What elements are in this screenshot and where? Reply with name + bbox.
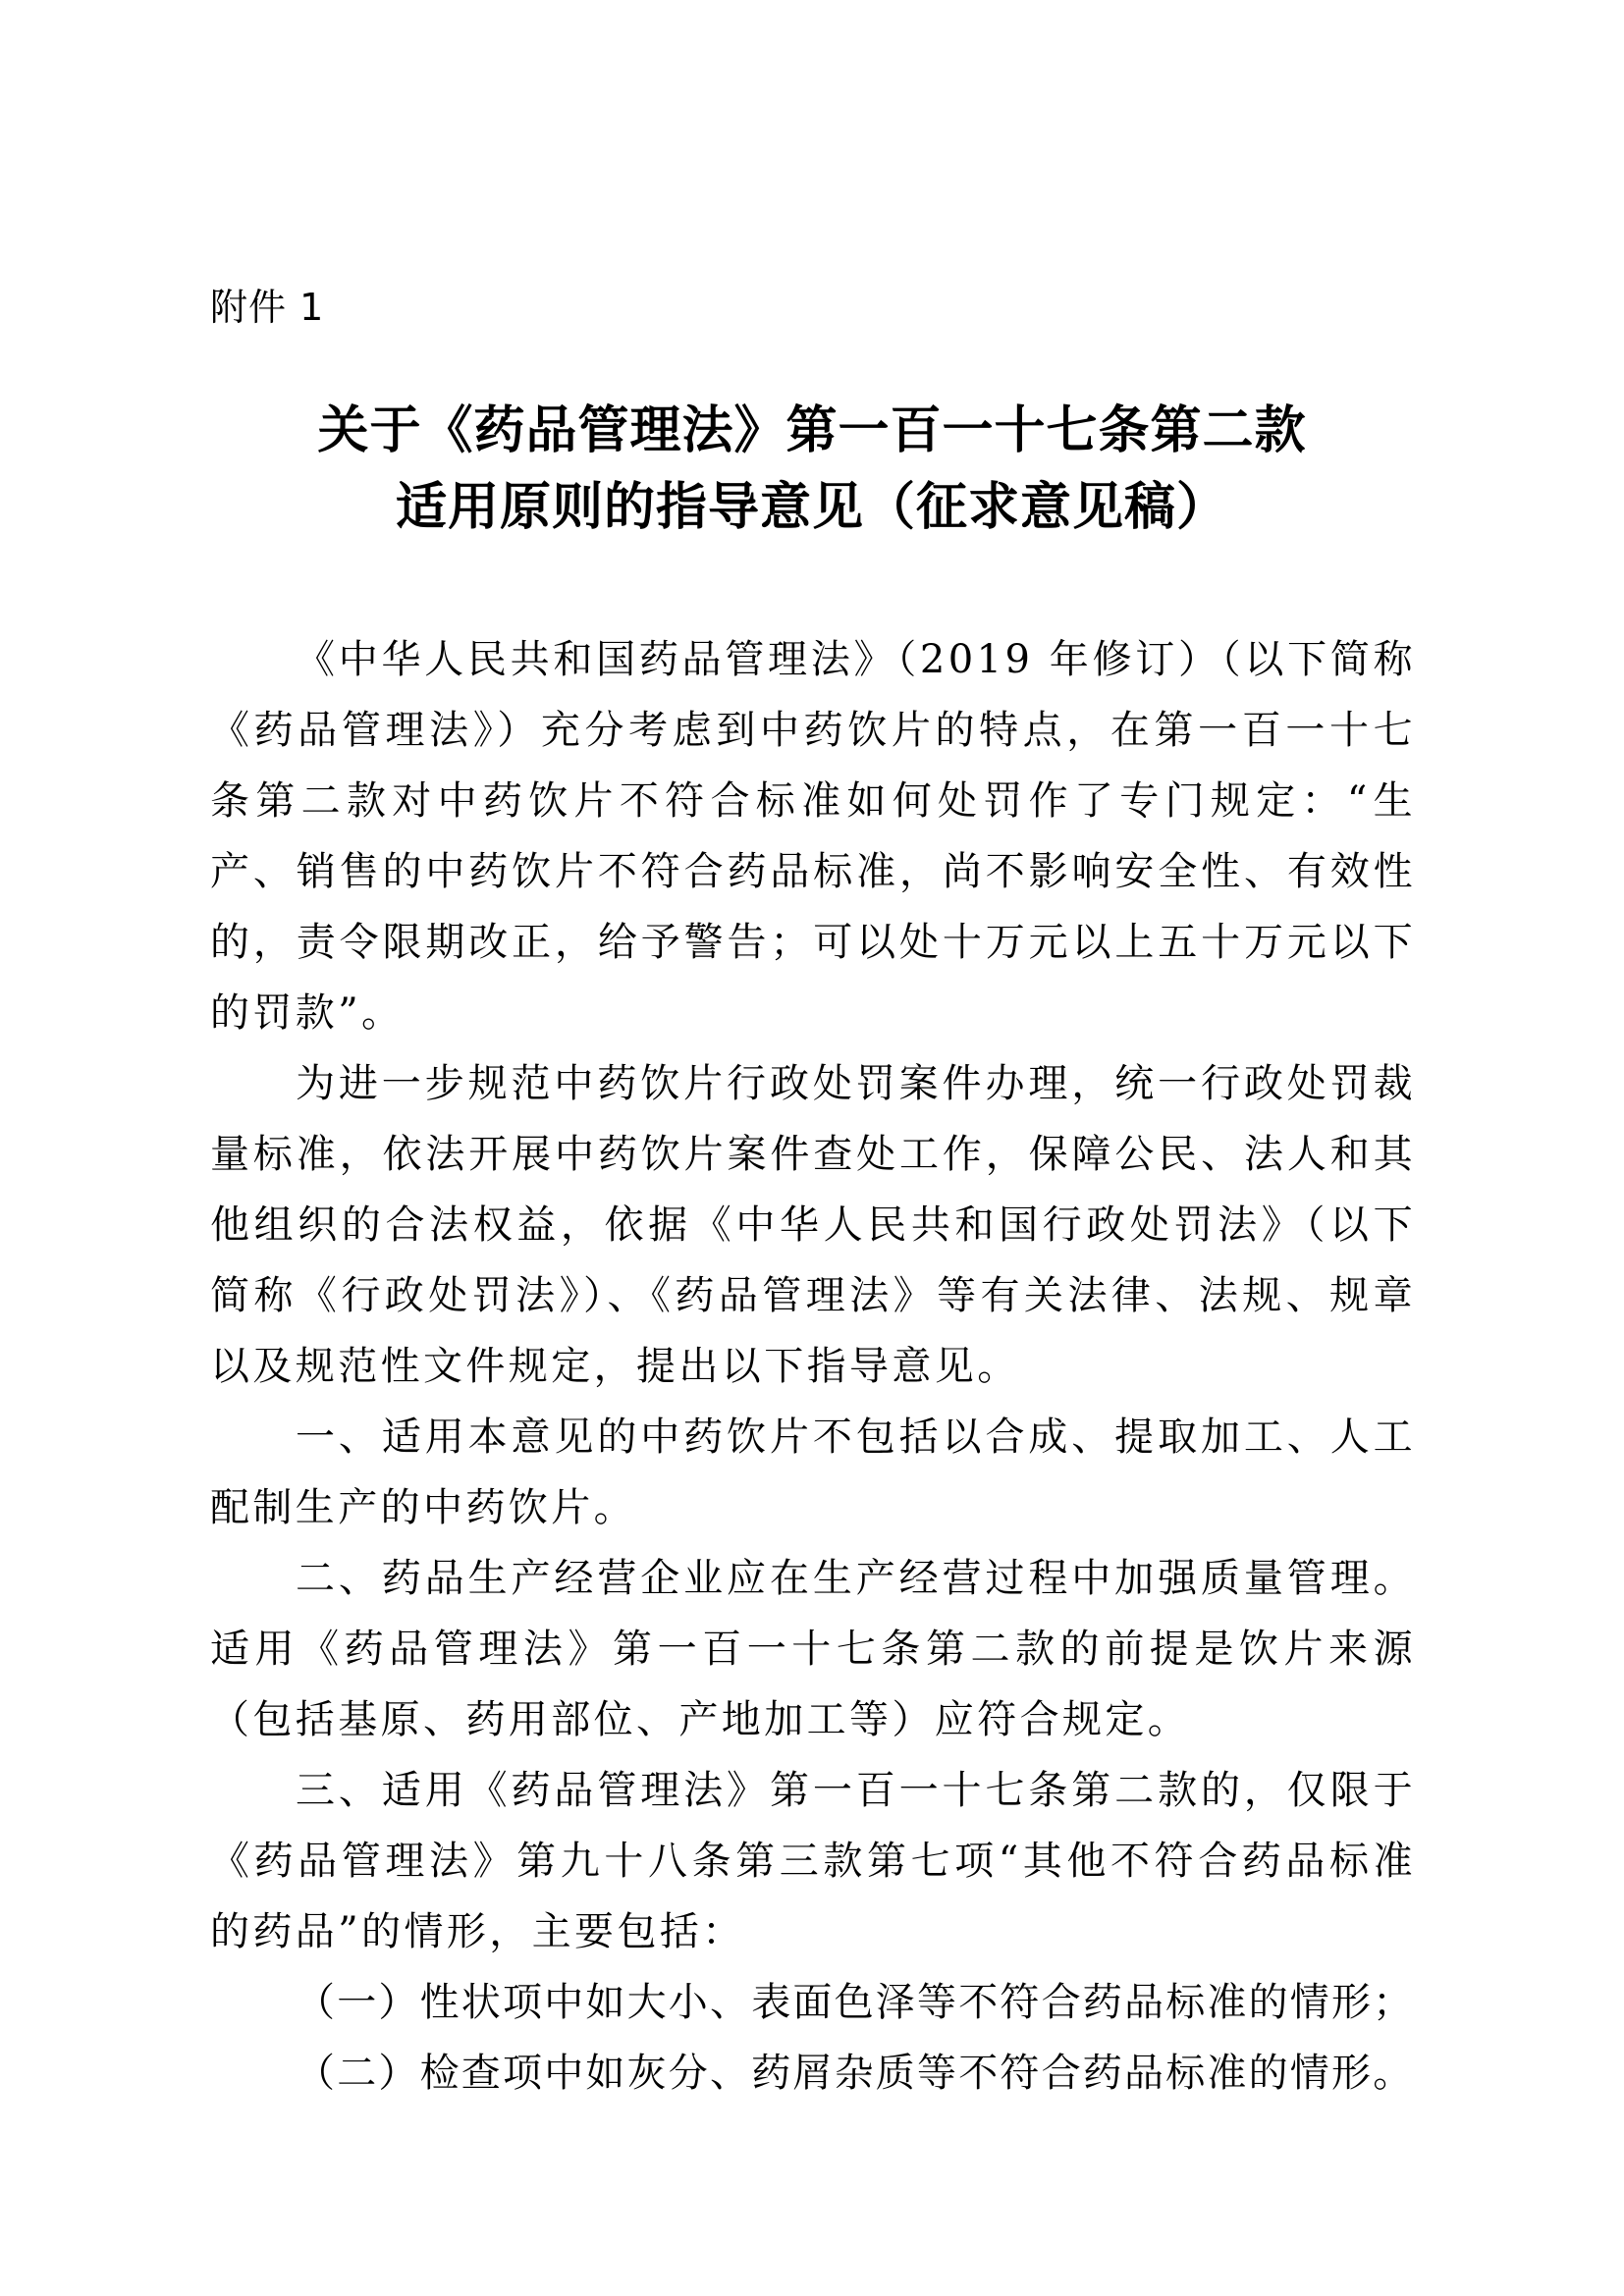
paragraph-purpose: 为进一步规范中药饮片行政处罚案件办理，统一行政处罚裁量标准，依法开展中药饮片案件… xyxy=(210,1048,1416,1402)
sub-item-1: （一）性状项中如大小、表面色泽等不符合药品标准的情形； xyxy=(210,1967,1416,2038)
sub-item-2: （二）检查项中如灰分、药屑杂质等不符合药品标准的情形。 xyxy=(210,2038,1416,2109)
title-line-2: 适用原则的指导意见（征求意见稿） xyxy=(196,469,1428,546)
paragraph-item-1: 一、适用本意见的中药饮片不包括以合成、提取加工、人工配制生产的中药饮片。 xyxy=(210,1402,1416,1543)
document-title: 关于《药品管理法》第一百一十七条第二款 适用原则的指导意见（征求意见稿） xyxy=(196,393,1428,546)
title-line-1: 关于《药品管理法》第一百一十七条第二款 xyxy=(196,393,1428,469)
attachment-label: 附件 1 xyxy=(210,285,324,330)
paragraph-item-3: 三、适用《药品管理法》第一百一十七条第二款的，仅限于《药品管理法》第九十八条第三… xyxy=(210,1755,1416,1967)
paragraph-intro: 《中华人民共和国药品管理法》（2019 年修订）（以下简称《药品管理法》）充分考… xyxy=(210,624,1416,1048)
document-body: 《中华人民共和国药品管理法》（2019 年修订）（以下简称《药品管理法》）充分考… xyxy=(210,624,1416,2109)
document-page: 附件 1 关于《药品管理法》第一百一十七条第二款 适用原则的指导意见（征求意见稿… xyxy=(0,0,1624,2296)
paragraph-item-2: 二、药品生产经营企业应在生产经营过程中加强质量管理。适用《药品管理法》第一百一十… xyxy=(210,1543,1416,1755)
